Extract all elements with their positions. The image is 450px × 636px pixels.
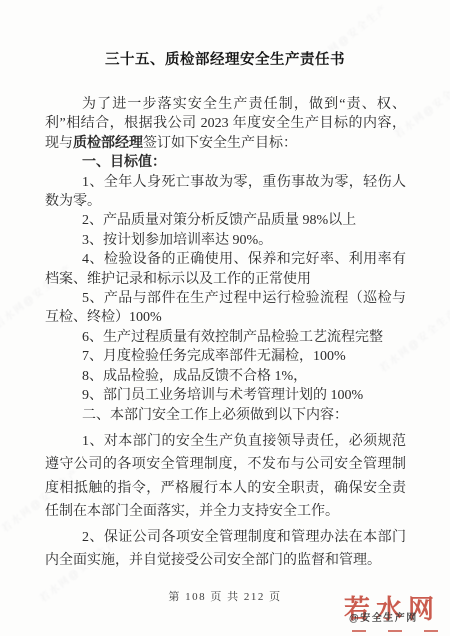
section1-heading: 一、目标值： — [45, 153, 406, 172]
goal-item-9: 9、部门员工业务培训与术考管理计划的 100% — [45, 386, 406, 405]
goal-item-2: 2、产品质量对策分析反馈产品质量 98%以上 — [45, 211, 406, 230]
document-body: 为了进一步落实安全生产责任制，做到“责、权、利”相结合，根据我公司 2023 年… — [45, 95, 406, 572]
ruoshui-watermark-logo: 若水网 @安全生产网 — [344, 596, 448, 632]
duty-paragraph-2: 2、保证公司各项安全管理制度和管理办法在本部门内全面实施，并自觉接受公司安全部门… — [45, 526, 406, 573]
watermark-handle: @安全生产网 — [349, 609, 418, 624]
goal-item-8: 8、成品检验，成品反馈不合格 1%， — [45, 367, 406, 386]
goal-item-7: 7、月度检验任务完成率部件无漏检，100% — [45, 347, 406, 366]
goal-item-6: 6、生产过程质量有效控制产品检验工艺流程完整 — [45, 328, 406, 347]
section2-body: 1、对本部门的安全生产负直接领导责任，必须规范遵守公司的各项安全管理制度，不发布… — [45, 430, 406, 572]
page-title: 三十五、质检部经理安全生产责任书 — [0, 0, 450, 69]
goal-item-5: 5、产品与部件在生产过程中运行检验流程（巡检与互检、终检）100% — [45, 289, 406, 328]
goal-item-4: 4、检验设备的正确使用、保养和完好率、利用率有档案、维护记录和标示以及工作的正常… — [45, 250, 406, 289]
intro-bold-text: 质检部经理 — [73, 136, 143, 151]
intro-paragraph: 为了进一步落实安全生产责任制，做到“责、权、利”相结合，根据我公司 2023 年… — [45, 95, 406, 153]
intro-text-tail: 签订如下安全生产目标： — [143, 136, 297, 151]
section2-heading: 二、本部门安全工作上必须做到以下内容： — [45, 406, 406, 425]
duty-paragraph-1: 1、对本部门的安全生产负直接领导责任，必须规范遵守公司的各项安全管理制度，不发布… — [45, 430, 406, 524]
goal-item-1: 1、全年人身死亡事故为零，重伤事故为零，轻伤人数为零。 — [45, 173, 406, 212]
document-page: 若水网@安全生产 若水网@安全生产 若水网@安全生产 若水网@安全生产 若水网@… — [0, 0, 450, 636]
goal-item-3: 3、按计划参加培训率达 90%。 — [45, 231, 406, 250]
watermark-underline — [352, 630, 366, 633]
watermark-underline — [424, 630, 438, 633]
watermark-underline — [388, 630, 402, 633]
